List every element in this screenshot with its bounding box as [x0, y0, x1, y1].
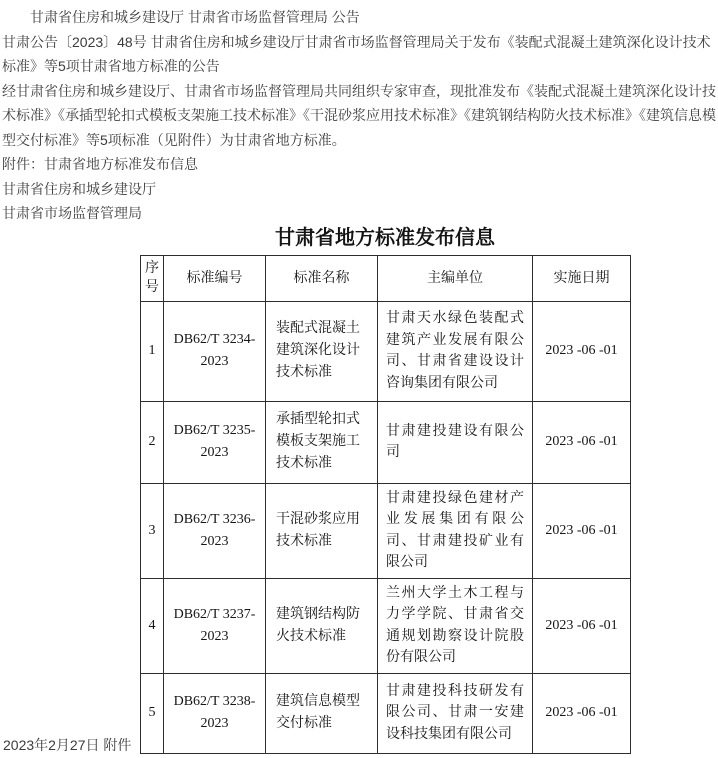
header-standard-number: 标准编号	[164, 255, 266, 301]
cell-chief-editor: 甘肃建投绿色建材产业发展集团有限公司、甘肃建投矿业有限公司	[378, 483, 533, 578]
footer-date-line: 2023年2月27日 附件	[3, 735, 135, 755]
cell-standard-name: 建筑钢结构防火技术标准	[266, 578, 378, 673]
issuer-construction-dept: 甘肃省住房和城乡建设厅	[2, 177, 716, 202]
table-row: 4 DB62/T 3237-2023 建筑钢结构防火技术标准 兰州大学土木工程与…	[141, 578, 631, 673]
cell-standard-number: DB62/T 3237-2023	[164, 578, 266, 673]
cell-index: 1	[141, 301, 164, 401]
cell-standard-number: DB62/T 3238-2023	[164, 673, 266, 753]
cell-standard-number: DB62/T 3236-2023	[164, 483, 266, 578]
cell-implementation-date: 2023 -06 -01	[533, 673, 631, 753]
header-chief-editor: 主编单位	[378, 255, 533, 301]
cell-standard-name: 装配式混凝土建筑深化设计技术标准	[266, 301, 378, 401]
cell-implementation-date: 2023 -06 -01	[533, 301, 631, 401]
cell-standard-name: 干混砂浆应用技术标准	[266, 483, 378, 578]
cell-implementation-date: 2023 -06 -01	[533, 483, 631, 578]
standards-table: 序号 标准编号 标准名称 主编单位 实施日期 1 DB62/T 3234-202…	[140, 255, 631, 754]
cell-implementation-date: 2023 -06 -01	[533, 578, 631, 673]
table-row: 3 DB62/T 3236-2023 干混砂浆应用技术标准 甘肃建投绿色建材产业…	[141, 483, 631, 578]
announcement-heading: 甘肃省住房和城乡建设厅 甘肃省市场监督管理局 公告	[2, 5, 716, 30]
cell-index: 2	[141, 401, 164, 483]
table-row: 1 DB62/T 3234-2023 装配式混凝土建筑深化设计技术标准 甘肃天水…	[141, 301, 631, 401]
announcement-number-line: 甘肃公告〔2023〕48号 甘肃省住房和城乡建设厅甘肃省市场监督管理局关于发布《…	[2, 30, 716, 79]
table-title: 甘肃省地方标准发布信息	[140, 226, 630, 250]
header-implementation-date: 实施日期	[533, 255, 631, 301]
attachment-reference: 附件：甘肃省地方标准发布信息	[2, 152, 716, 177]
cell-standard-number: DB62/T 3234-2023	[164, 301, 266, 401]
cell-standard-name: 建筑信息模型交付标准	[266, 673, 378, 753]
cell-index: 4	[141, 578, 164, 673]
cell-implementation-date: 2023 -06 -01	[533, 401, 631, 483]
table-row: 5 DB62/T 3238-2023 建筑信息模型交付标准 甘肃建投科技研发有限…	[141, 673, 631, 753]
table-header-row: 序号 标准编号 标准名称 主编单位 实施日期	[141, 255, 631, 301]
announcement-body: 经甘肃省住房和城乡建设厅、甘肃省市场监督管理局共同组织专家审查，现批准发布《装配…	[2, 79, 716, 153]
header-standard-name: 标准名称	[266, 255, 378, 301]
announcement-text-block: 甘肃省住房和城乡建设厅 甘肃省市场监督管理局 公告 甘肃公告〔2023〕48号 …	[0, 0, 718, 226]
table-row: 2 DB62/T 3235-2023 承插型轮扣式模板支架施工技术标准 甘肃建投…	[141, 401, 631, 483]
cell-chief-editor: 兰州大学土木工程与力学学院、甘肃省交通规划勘察设计院股份有限公司	[378, 578, 533, 673]
cell-index: 5	[141, 673, 164, 753]
cell-standard-name: 承插型轮扣式模板支架施工技术标准	[266, 401, 378, 483]
cell-chief-editor: 甘肃建投建设有限公司	[378, 401, 533, 483]
issuer-market-regulator: 甘肃省市场监督管理局	[2, 201, 716, 226]
cell-index: 3	[141, 483, 164, 578]
cell-chief-editor: 甘肃建投科技研发有限公司、甘肃一安建设科技集团有限公司	[378, 673, 533, 753]
cell-chief-editor: 甘肃天水绿色装配式建筑产业发展有限公司、甘肃省建设设计咨询集团有限公司	[378, 301, 533, 401]
cell-standard-number: DB62/T 3235-2023	[164, 401, 266, 483]
header-index: 序号	[141, 255, 164, 301]
attachment-table-block: 甘肃省地方标准发布信息 序号 标准编号 标准名称 主编单位 实施日期 1 DB6…	[140, 226, 630, 754]
